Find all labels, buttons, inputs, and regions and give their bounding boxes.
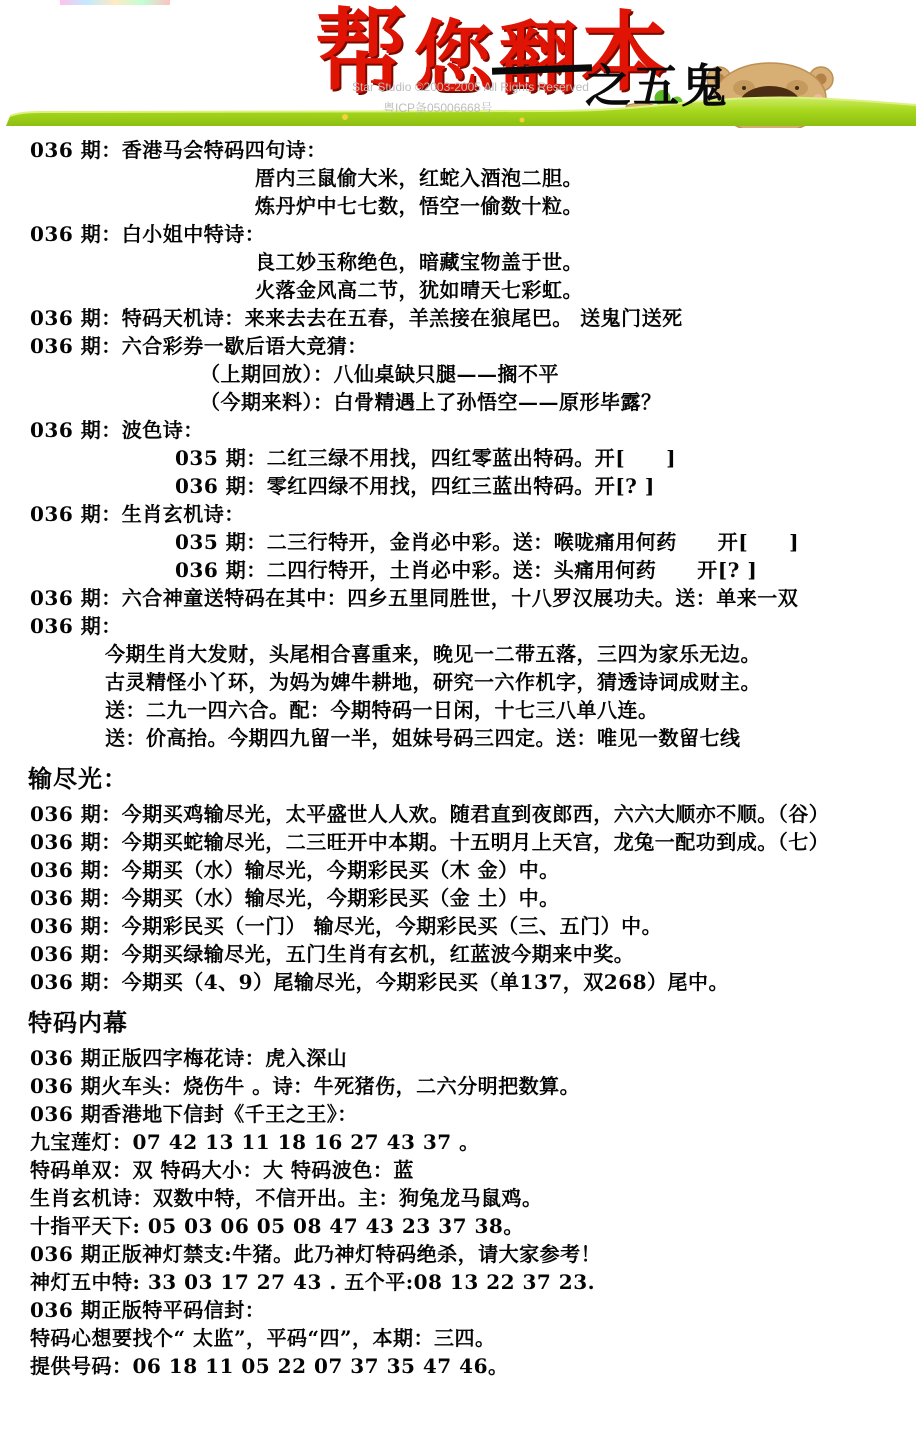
text-line: 036 期：	[30, 612, 912, 640]
text-line: 厝内三鼠偷大米，红蛇入酒泡二胆。	[255, 164, 912, 192]
text-line: 036 期：今期买（水）输尽光，今期彩民买（金 土）中。	[30, 884, 912, 912]
lottery-tip-sheet-page: 帮 您 翻 本 之五鬼 Star Studio ©2003-2005 All R…	[0, 0, 916, 1444]
text-line: 036 期：六合神童送特码在其中：四乡五里同胜世，十八罗汉展功夫。送：单来一双	[30, 584, 912, 612]
section-heading: 输尽光：	[28, 764, 912, 794]
text-line: 古灵精怪小丫环，为妈为婢牛耕地，研究一六作机字，猜透诗词成财主。	[105, 668, 912, 696]
text-line: 神灯五中特: 33 03 17 27 43 . 五个平:08 13 22 37 …	[30, 1268, 912, 1296]
top-edge-artifact	[60, 0, 170, 5]
watermark-copyright: Star Studio ©2003-2005 All Rights Reserv…	[352, 80, 589, 94]
text-line: 036 期：今期彩民买（一门） 输尽光，今期彩民买（三、五门）中。	[30, 912, 912, 940]
text-line: 送：价高抬。今期四九留一半，姐妹号码三四定。送：唯见一数留七线	[105, 724, 912, 752]
flower-icon	[342, 114, 348, 120]
text-line: 036 期香港地下信封《千王之王》：	[30, 1100, 912, 1128]
text-line: 036 期：波色诗：	[30, 416, 912, 444]
text-line: 035 期：二三行特开，金肖必中彩。送：喉咙痛用何药 开[ ]	[175, 528, 912, 556]
text-line: 良工妙玉称绝色，暗藏宝物盖于世。	[255, 248, 912, 276]
banner-header: 帮 您 翻 本 之五鬼 Star Studio ©2003-2005 All R…	[0, 0, 916, 128]
text-line: 036 期：今期买（4、9）尾输尽光，今期彩民买（单137，双268）尾中。	[30, 968, 912, 996]
text-line: 036 期：二四行特开，土肖必中彩。送：头痛用何药 开[? ]	[175, 556, 912, 584]
text-line: 036 期：特码天机诗：来来去去在五春，羊羔接在狼尾巴。 送鬼门送死	[30, 304, 912, 332]
text-line: 036 期：香港马会特码四句诗：	[30, 136, 912, 164]
bear-icon	[707, 63, 857, 128]
content-lines: 036 期：香港马会特码四句诗：厝内三鼠偷大米，红蛇入酒泡二胆。炼丹炉中七七数，…	[0, 128, 916, 1380]
text-line: 036 期正版特平码信封：	[30, 1296, 912, 1324]
text-line: 九宝莲灯：07 42 13 11 18 16 27 43 37 。	[30, 1128, 912, 1156]
text-line: 036 期：今期买绿输尽光，五门生肖有玄机，红蓝波今期来中奖。	[30, 940, 912, 968]
text-line: 生肖玄机诗：双数中特，不信开出。主：狗兔龙马鼠鸡。	[30, 1184, 912, 1212]
text-line: 036 期：今期买鸡输尽光，太平盛世人人欢。随君直到夜郎西，六六大顺亦不顺。（谷…	[30, 800, 912, 828]
text-line: 036 期：零红四绿不用找，四红三蓝出特码。开[? ]	[175, 472, 912, 500]
flower-icon	[520, 118, 525, 123]
text-line: 十指平天下: 05 03 06 05 08 47 43 23 37 38。	[30, 1212, 912, 1240]
text-line: 036 期正版四字梅花诗：虎入深山	[30, 1044, 912, 1072]
text-line: 036 期正版神灯禁支:牛猪。此乃神灯特码绝杀，请大家参考！	[30, 1240, 912, 1268]
fence-icon	[720, 100, 816, 115]
text-line: 036 期：今期买（水）输尽光，今期彩民买（木 金）中。	[30, 856, 912, 884]
text-line: 特码心想要找个“ 太监”，平码“四”，本期：三四。	[30, 1324, 912, 1352]
text-line: 036 期：六合彩券一歇后语大竞猜：	[30, 332, 912, 360]
text-line: 火落金风高二节，犹如晴天七彩虹。	[255, 276, 912, 304]
text-line: 036 期火车头：烧伤牛 。诗：牛死猪伤，二六分明把数算。	[30, 1072, 912, 1100]
text-line: 035 期：二红三绿不用找，四红零蓝出特码。开[ ]	[175, 444, 912, 472]
text-line: 特码单双：双 特码大小：大 特码波色：蓝	[30, 1156, 912, 1184]
page-subtitle: 之五鬼	[585, 50, 729, 116]
text-line: 今期生肖大发财，头尾相合喜重来，晚见一二带五落，三四为家乐无边。	[105, 640, 912, 668]
text-line: 炼丹炉中七七数，悟空一偷数十粒。	[255, 192, 912, 220]
text-line: （今期来料）：白骨精遇上了孙悟空——原形毕露？	[200, 388, 912, 416]
text-line: 提供号码：06 18 11 05 22 07 37 35 47 46。	[30, 1352, 912, 1380]
text-line: 送：二九一四六合。配：今期特码一日闲，十七三八单八连。	[105, 696, 912, 724]
text-line: 036 期：生肖玄机诗：	[30, 500, 912, 528]
text-line: 036 期：白小姐中特诗：	[30, 220, 912, 248]
text-line: 036 期：今期买蛇输尽光，二三旺开中本期。十五明月上天宫，龙兔一配功到成。（七…	[30, 828, 912, 856]
text-line: （上期回放）：八仙桌缺只腿——搁不平	[200, 360, 912, 388]
section-heading: 特码内幕	[28, 1008, 912, 1038]
watermark-icp: 粤ICP备05006668号	[383, 99, 492, 116]
